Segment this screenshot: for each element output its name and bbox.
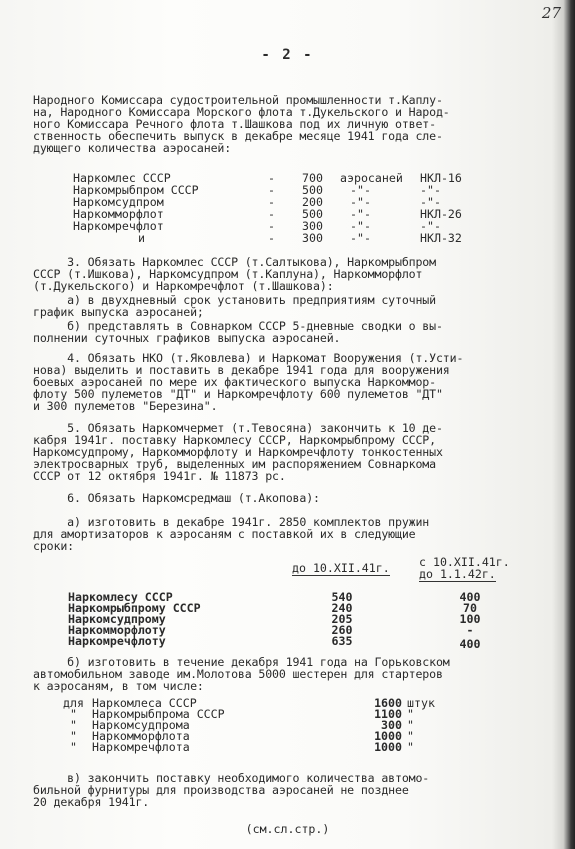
sleds-unit: -"-	[350, 232, 371, 244]
text-line: СССР от 12 октября 1941г. № 11873 рс.	[33, 470, 286, 482]
text-line: сроки:	[33, 540, 74, 552]
sleds-qty: 300	[302, 232, 323, 244]
page-number: - 2 -	[0, 47, 575, 63]
archive-page-number: 27	[542, 4, 561, 22]
text-line: к аэросаням, в том числе:	[33, 680, 204, 692]
sleds-org: Наркомречфлот	[73, 220, 164, 232]
sleds-model: НКЛ-32	[420, 232, 462, 244]
springs-col1: 635	[322, 635, 362, 647]
sleds-dash: -	[268, 232, 275, 244]
text-line: (т.Дукельского) и Наркомречфлот (т.Шашко…	[33, 280, 334, 292]
gears-unit: "	[407, 741, 414, 753]
gears-prefix: "	[70, 741, 77, 753]
text-line: для амортизаторов к аэросаням с поставко…	[33, 528, 415, 540]
text-line: 6. Обязать Наркомсредмаш (т.Акопова):	[33, 492, 320, 504]
text-line: график выпуска аэросаней;	[33, 306, 204, 318]
springs-col2: -	[450, 624, 490, 636]
text-line: 20 декабря 1941г.	[33, 796, 149, 808]
text-line: и 300 пулеметов "Березина".	[33, 400, 217, 412]
gears-qty: 1000	[362, 741, 402, 753]
springs-col2-header-line2: до 1.1.42г.	[419, 568, 496, 582]
continued-note: (см.сл.стр.)	[0, 822, 575, 836]
text-line: дующего количества аэросаней:	[33, 142, 231, 154]
springs-col1-header: до 10.XII.41г.	[292, 562, 390, 576]
sleds-org: и	[138, 232, 145, 244]
document-page: 27 - 2 - Народного Комиссара судостроите…	[0, 0, 575, 849]
springs-org: Наркомречфлоту	[68, 635, 166, 647]
gears-org: Наркомречфлота	[92, 741, 190, 753]
springs-col2: 400	[450, 638, 490, 650]
text-line: полнении суточных графиков выпуска аэрос…	[33, 332, 340, 344]
